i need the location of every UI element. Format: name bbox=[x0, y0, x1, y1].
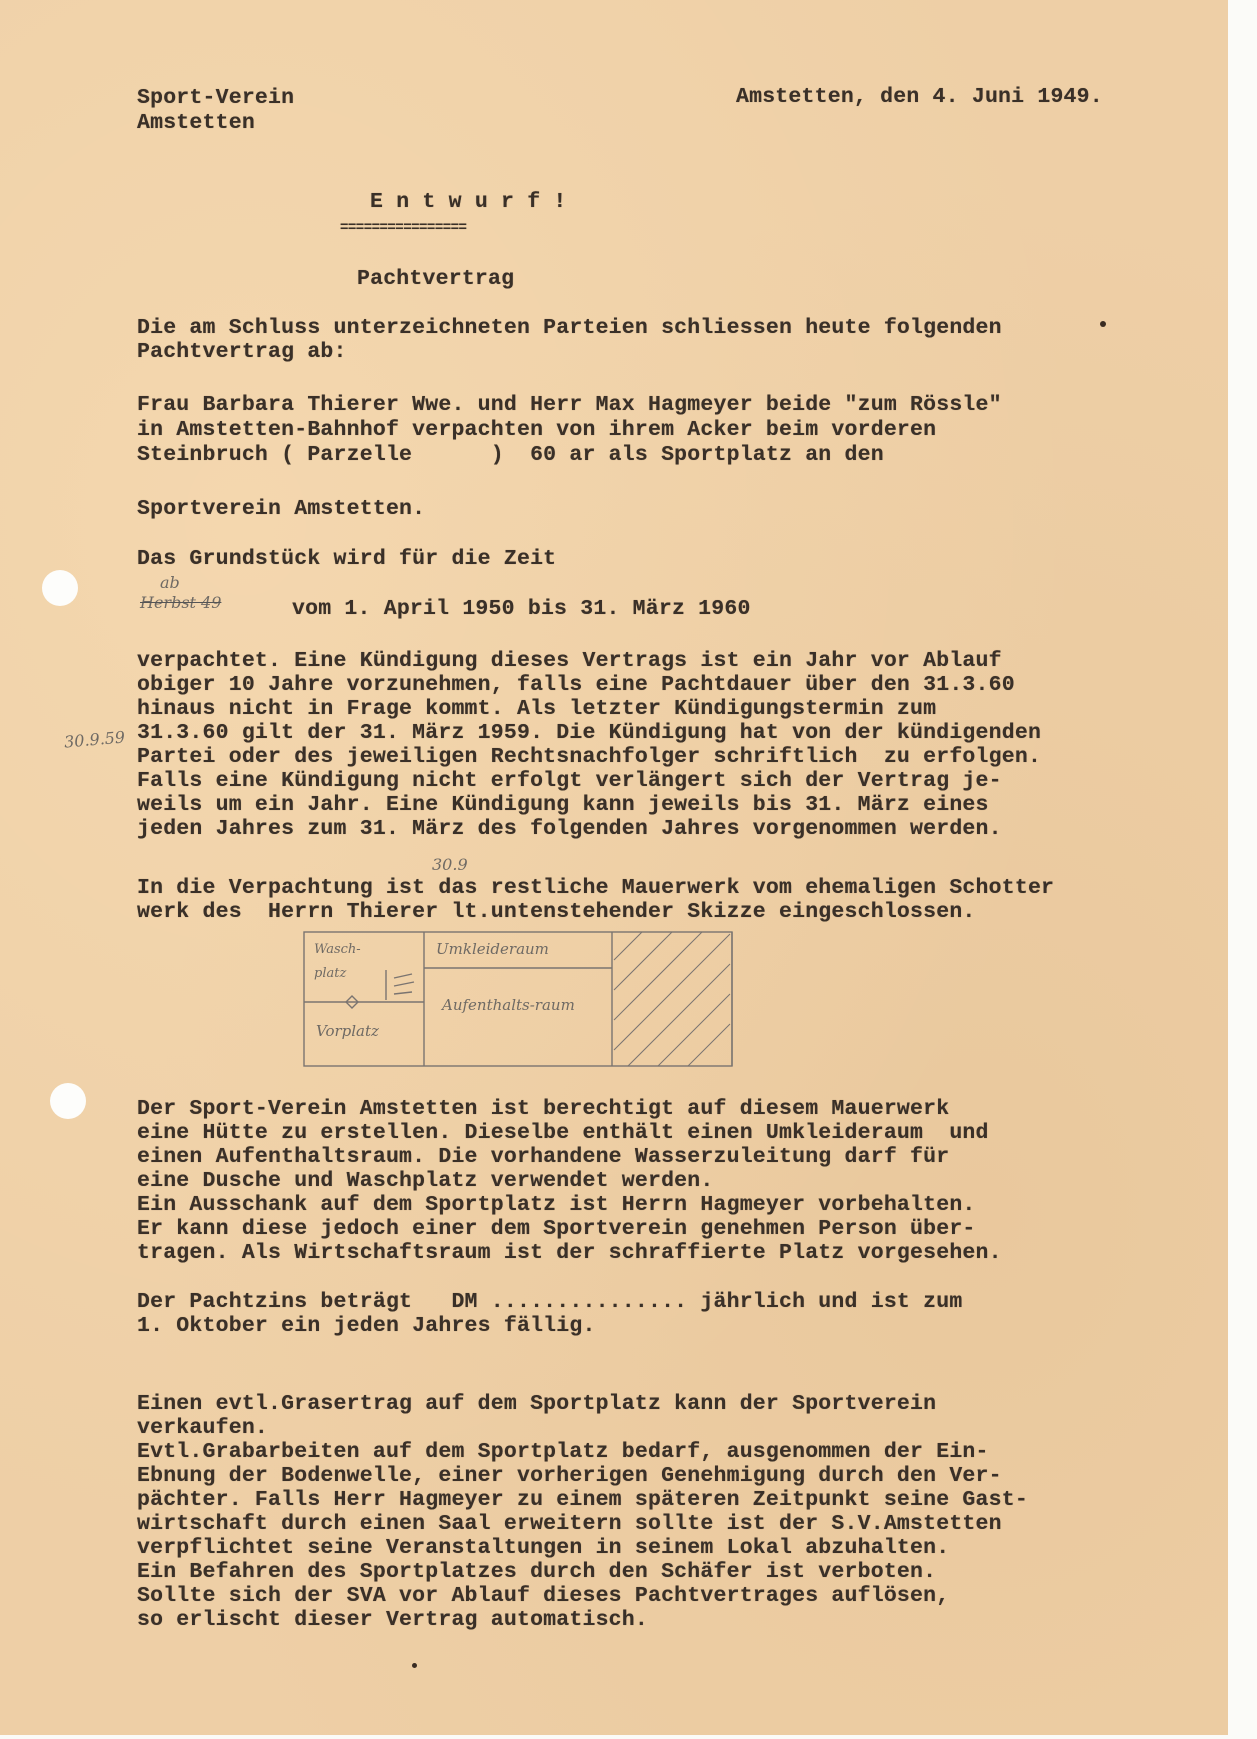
parties-line: Frau Barbara Thierer Wwe. und Herr Max H… bbox=[137, 393, 1002, 418]
misc-line: verpflichtet seine Veranstaltungen in se… bbox=[137, 1536, 949, 1561]
parties-line: in Amstetten-Bahnhof verpachten von ihre… bbox=[137, 418, 936, 443]
misc-line: Evtl.Grabarbeiten auf dem Sportplatz bed… bbox=[137, 1440, 989, 1465]
term-dates: vom 1. April 1950 bis 31. März 1960 bbox=[292, 597, 751, 622]
termination-line: obiger 10 Jahre vorzunehmen, falls eine … bbox=[137, 673, 1015, 698]
hut-line: Ein Ausschank auf dem Sportplatz ist Her… bbox=[137, 1193, 976, 1218]
misc-line: so erlischt dieser Vertrag automatisch. bbox=[137, 1608, 648, 1633]
punch-hole bbox=[50, 1083, 86, 1119]
hut-line: eine Dusche und Waschplatz verwendet wer… bbox=[137, 1169, 714, 1194]
misc-line: Ebnung der Bodenwelle, einer vorherigen … bbox=[137, 1464, 1002, 1489]
termination-line: hinaus nicht in Frage kommt. Als letzter… bbox=[137, 697, 936, 722]
hut-line: tragen. Als Wirtschaftsraum ist der schr… bbox=[137, 1241, 1002, 1266]
sender-name: Sport-Verein bbox=[137, 86, 294, 111]
intro-line: Die am Schluss unterzeichneten Parteien … bbox=[137, 316, 1002, 341]
hut-line: Der Sport-Verein Amstetten ist berechtig… bbox=[137, 1097, 949, 1122]
lessee-line: Sportverein Amstetten. bbox=[137, 497, 425, 522]
termination-line: verpachtet. Eine Kündigung dieses Vertra… bbox=[137, 649, 1002, 674]
termination-line: Falls eine Kündigung nicht erfolgt verlä… bbox=[137, 769, 1002, 794]
sketch-label-wash: Wasch-platz bbox=[314, 938, 374, 986]
misc-line: pächter. Falls Herr Hagmeyer zu einem sp… bbox=[137, 1488, 1028, 1513]
site-sketch: Wasch-platz Vorplatz Umkleideraum Aufent… bbox=[302, 930, 772, 1070]
handwritten-margin-term: Herbst 49 bbox=[140, 593, 221, 612]
termination-line: Partei oder des jeweiligen Rechtsnachfol… bbox=[137, 745, 1041, 770]
document-page: Sport-Verein Amstetten Amstetten, den 4.… bbox=[0, 0, 1228, 1735]
masonry-line: In die Verpachtung ist das restliche Mau… bbox=[137, 876, 1054, 901]
sketch-label-lounge: Aufenthalts-raum bbox=[442, 986, 592, 1024]
place-date: Amstetten, den 4. Juni 1949. bbox=[736, 85, 1103, 110]
misc-line: wirtschaft durch einen Saal erweitern so… bbox=[137, 1512, 1002, 1537]
parties-line: Steinbruch ( Parzelle ) 60 ar als Sportp… bbox=[137, 443, 884, 468]
term-intro: Das Grundstück wird für die Zeit bbox=[137, 547, 556, 572]
termination-line: weils um ein Jahr. Eine Kündigung kann j… bbox=[137, 793, 989, 818]
draft-heading: E n t w u r f ! bbox=[370, 190, 567, 215]
hut-line: eine Hütte zu erstellen. Dieselbe enthäl… bbox=[137, 1121, 989, 1146]
rent-line: 1. Oktober ein jeden Jahres fällig. bbox=[137, 1314, 596, 1339]
misc-line: verkaufen. bbox=[137, 1416, 268, 1441]
handwritten-note: 30.9 bbox=[432, 855, 468, 874]
handwritten-note-above: ab bbox=[160, 573, 180, 592]
hut-line: Er kann diese jedoch einer dem Sportvere… bbox=[137, 1217, 976, 1242]
hut-line: einen Aufenthaltsraum. Die vorhandene Wa… bbox=[137, 1145, 949, 1170]
ink-spot bbox=[1100, 321, 1106, 327]
termination-line: 31.3.60 gilt der 31. März 1959. Die Künd… bbox=[137, 721, 1041, 746]
sketch-label-forecourt: Vorplatz bbox=[316, 1022, 379, 1040]
masonry-line: werk des Herrn Thierer lt.untenstehender… bbox=[137, 900, 976, 925]
document-subject: Pachtvertrag bbox=[357, 267, 514, 292]
sketch-label-changing-room: Umkleideraum bbox=[436, 940, 549, 958]
rent-line: Der Pachtzins beträgt DM ...............… bbox=[137, 1290, 962, 1315]
intro-line: Pachtvertrag ab: bbox=[137, 340, 347, 365]
misc-line: Einen evtl.Grasertrag auf dem Sportplatz… bbox=[137, 1392, 936, 1417]
misc-line: Ein Befahren des Sportplatzes durch den … bbox=[137, 1560, 936, 1585]
misc-line: Sollte sich der SVA vor Ablauf dieses Pa… bbox=[137, 1584, 949, 1609]
ink-dot bbox=[412, 1663, 417, 1668]
punch-hole bbox=[42, 570, 78, 606]
draft-underline: ================ bbox=[340, 216, 466, 241]
termination-line: jeden Jahres zum 31. März des folgenden … bbox=[137, 817, 1002, 842]
handwritten-margin-date: 30.9.59 bbox=[63, 727, 126, 751]
sender-town: Amstetten bbox=[137, 111, 255, 136]
